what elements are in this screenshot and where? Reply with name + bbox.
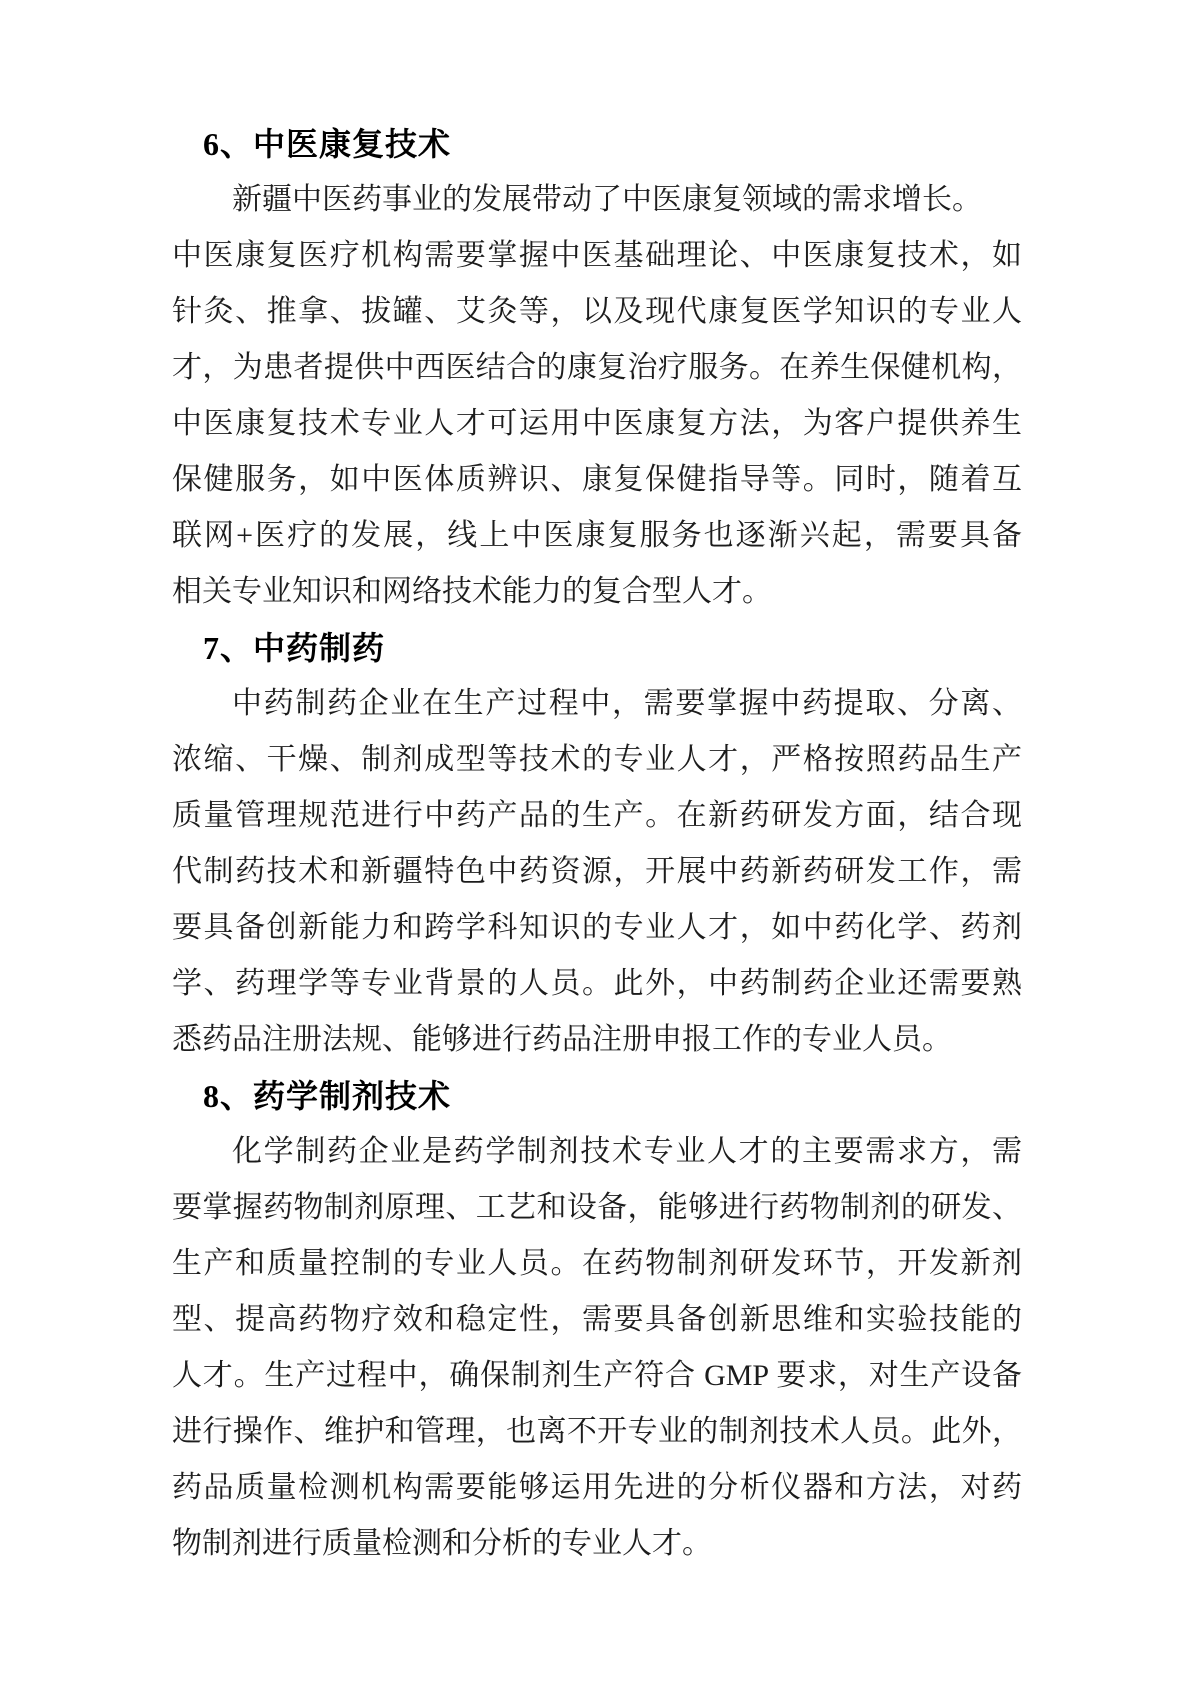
document-page: 6、中医康复技术 新疆中医药事业的发展带动了中医康复领域的需求增长。中医康复医疗…	[0, 0, 1191, 1684]
document-content: 6、中医康复技术 新疆中医药事业的发展带动了中医康复领域的需求增长。中医康复医疗…	[172, 116, 1022, 1572]
text-line: 新疆中医药事业的发展带动了中医康复领域的需求增长。	[172, 172, 1022, 228]
text-line: 物制剂进行质量检测和分析的专业人才。	[172, 1516, 1022, 1572]
section: 6、中医康复技术 新疆中医药事业的发展带动了中医康复领域的需求增长。中医康复医疗…	[172, 116, 1022, 620]
paragraph: 中药制药企业在生产过程中，需要掌握中药提取、分离、浓缩、干燥、制剂成型等技术的专…	[172, 676, 1022, 1068]
text-line: 悉药品注册法规、能够进行药品注册申报工作的专业人员。	[172, 1012, 1022, 1068]
paragraph: 新疆中医药事业的发展带动了中医康复领域的需求增长。中医康复医疗机构需要掌握中医基…	[172, 172, 1022, 620]
text-line: 要掌握药物制剂原理、工艺和设备，能够进行药物制剂的研发、	[172, 1180, 1022, 1236]
text-line: 人才。生产过程中，确保制剂生产符合 GMP 要求，对生产设备	[172, 1348, 1022, 1404]
text-line: 生产和质量控制的专业人员。在药物制剂研发环节，开发新剂	[172, 1236, 1022, 1292]
text-line: 保健服务，如中医体质辨识、康复保健指导等。同时，随着互	[172, 452, 1022, 508]
text-line: 质量管理规范进行中药产品的生产。在新药研发方面，结合现	[172, 788, 1022, 844]
text-line: 进行操作、维护和管理，也离不开专业的制剂技术人员。此外，	[172, 1404, 1022, 1460]
text-line: 型、提高药物疗效和稳定性，需要具备创新思维和实验技能的	[172, 1292, 1022, 1348]
text-line: 中药制药企业在生产过程中，需要掌握中药提取、分离、	[172, 676, 1022, 732]
text-line: 联网+医疗的发展，线上中医康复服务也逐渐兴起，需要具备	[172, 508, 1022, 564]
text-line: 针灸、推拿、拔罐、艾灸等，以及现代康复医学知识的专业人	[172, 284, 1022, 340]
text-line: 化学制药企业是药学制剂技术专业人才的主要需求方，需	[172, 1124, 1022, 1180]
section-heading: 8、药学制剂技术	[172, 1068, 1022, 1124]
text-line: 要具备创新能力和跨学科知识的专业人才，如中药化学、药剂	[172, 900, 1022, 956]
section: 7、中药制药 中药制药企业在生产过程中，需要掌握中药提取、分离、浓缩、干燥、制剂…	[172, 620, 1022, 1068]
text-line: 学、药理学等专业背景的人员。此外，中药制药企业还需要熟	[172, 956, 1022, 1012]
section-heading: 7、中药制药	[172, 620, 1022, 676]
text-line: 药品质量检测机构需要能够运用先进的分析仪器和方法，对药	[172, 1460, 1022, 1516]
text-line: 中医康复医疗机构需要掌握中医基础理论、中医康复技术，如	[172, 228, 1022, 284]
text-line: 中医康复技术专业人才可运用中医康复方法，为客户提供养生	[172, 396, 1022, 452]
text-line: 代制药技术和新疆特色中药资源，开展中药新药研发工作，需	[172, 844, 1022, 900]
text-line: 相关专业知识和网络技术能力的复合型人才。	[172, 564, 1022, 620]
text-line: 浓缩、干燥、制剂成型等技术的专业人才，严格按照药品生产	[172, 732, 1022, 788]
paragraph: 化学制药企业是药学制剂技术专业人才的主要需求方，需要掌握药物制剂原理、工艺和设备…	[172, 1124, 1022, 1572]
section: 8、药学制剂技术 化学制药企业是药学制剂技术专业人才的主要需求方，需要掌握药物制…	[172, 1068, 1022, 1572]
section-heading: 6、中医康复技术	[172, 116, 1022, 172]
text-line: 才，为患者提供中西医结合的康复治疗服务。在养生保健机构，	[172, 340, 1022, 396]
